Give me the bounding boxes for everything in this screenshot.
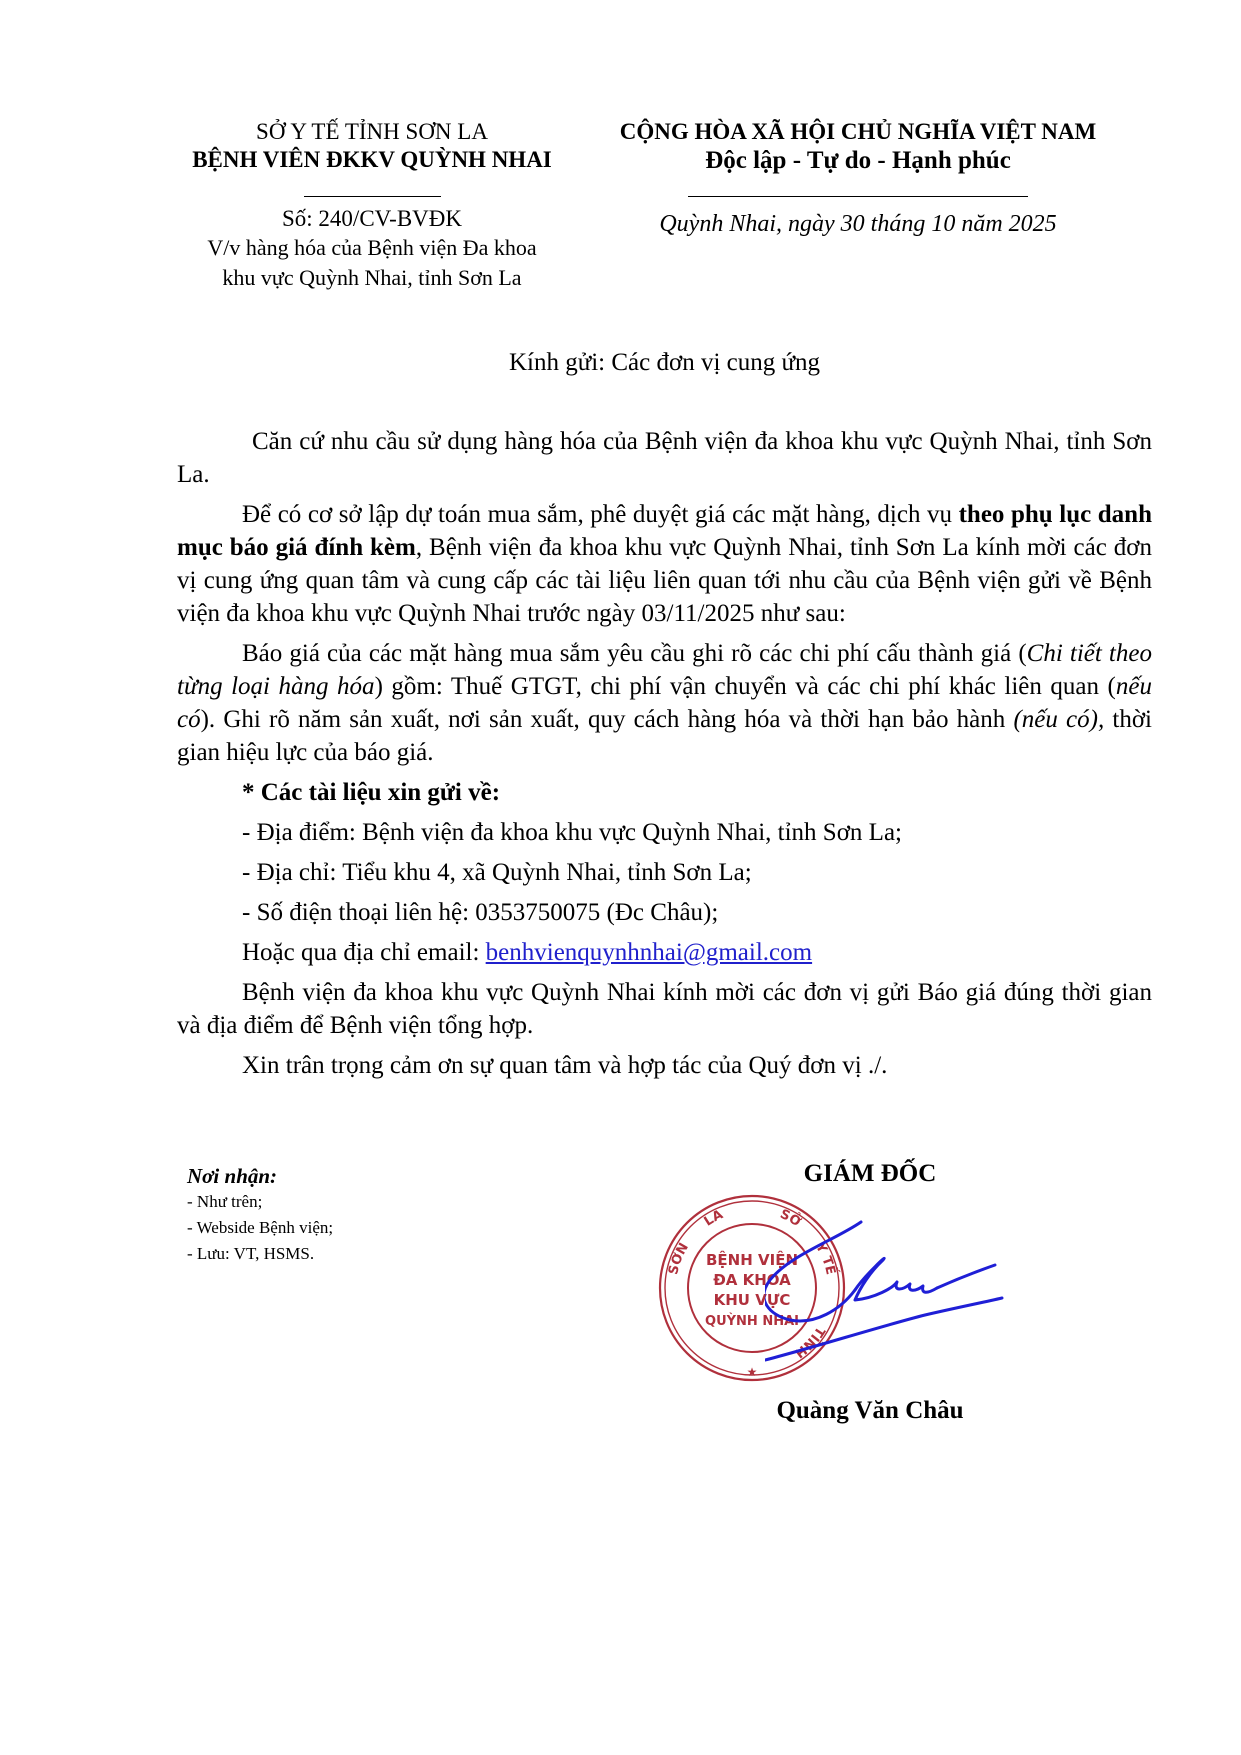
email-link[interactable]: benhvienquynhnhai@gmail.com [486, 939, 812, 966]
salutation: Kính gửi: Các đơn vị cung ứng [177, 348, 1152, 378]
email-label: Hoặc qua địa chỉ email: [242, 939, 486, 966]
header-left-divider [304, 196, 441, 197]
organization-name: BỆNH VIÊN ĐKKV QUỲNH NHAI [172, 146, 572, 174]
recipients-block: Nơi nhận: - Như trên; - Webside Bệnh việ… [187, 1163, 567, 1267]
header-right-divider [688, 196, 1028, 197]
signer-title: GIÁM ĐỐC [720, 1160, 1020, 1188]
place-date: Quỳnh Nhai, ngày 30 tháng 10 năm 2025 [608, 209, 1108, 239]
recipient-item: - Như trên; [187, 1189, 567, 1215]
national-header: CỘNG HÒA XÃ HỘI CHỦ NGHĨA VIỆT NAM Độc l… [608, 118, 1108, 239]
paragraph-invitation: Bệnh viện đa khoa khu vực Quỳnh Nhai kín… [177, 976, 1152, 1042]
letter-body: Căn cứ nhu cầu sử dụng hàng hóa của Bệnh… [177, 425, 1152, 1089]
signature-scribble-icon [765, 1210, 1010, 1370]
email-line: Hoặc qua địa chỉ email: benhvienquynhnha… [177, 936, 1152, 969]
recipients-title: Nơi nhận: [187, 1163, 567, 1189]
recipient-item: - Lưu: VT, HSMS. [187, 1241, 567, 1267]
address-line: - Địa chỉ: Tiểu khu 4, xã Quỳnh Nhai, tỉ… [177, 856, 1152, 889]
paragraph-request: Để có cơ sở lập dự toán mua sắm, phê duy… [177, 498, 1152, 630]
paragraph-thanks: Xin trân trọng cảm ơn sự quan tâm và hợp… [177, 1049, 1152, 1082]
recipient-item: - Webside Bệnh viện; [187, 1215, 567, 1241]
text-span: ) gồm: Thuế GTGT, chi phí vận chuyển và … [375, 673, 1116, 700]
bold-text: * Các tài liệu xin gửi về: [242, 779, 500, 806]
agency-name: SỞ Y TẾ TỈNH SƠN LA [172, 118, 572, 146]
documents-heading: * Các tài liệu xin gửi về: [177, 776, 1152, 809]
paragraph-quote-requirements: Báo giá của các mặt hàng mua sắm yêu cầu… [177, 637, 1152, 769]
document-number: Số: 240/CV-BVĐK [172, 205, 572, 233]
text-span: Để có cơ sở lập dự toán mua sắm, phê duy… [242, 501, 959, 528]
nation-title: CỘNG HÒA XÃ HỘI CHỦ NGHĨA VIỆT NAM [608, 118, 1108, 146]
location-line: - Địa điểm: Bệnh viện đa khoa khu vực Qu… [177, 816, 1152, 849]
paragraph-basis: Căn cứ nhu cầu sử dụng hàng hóa của Bệnh… [177, 425, 1152, 491]
text-span: ). Ghi rõ năm sản xuất, nơi sản xuất, qu… [201, 706, 1014, 733]
handwritten-signature [765, 1210, 1010, 1370]
svg-text:★: ★ [747, 1365, 758, 1379]
svg-text:LA: LA [702, 1207, 726, 1229]
subject-line-1: V/v hàng hóa của Bệnh viện Đa khoa [172, 233, 572, 263]
text-span: Báo giá của các mặt hàng mua sắm yêu cầu… [242, 640, 1027, 667]
italic-text: (nếu có), [1013, 706, 1104, 733]
national-motto: Độc lập - Tự do - Hạnh phúc [608, 146, 1108, 176]
subject-line-2: khu vực Quỳnh Nhai, tỉnh Sơn La [172, 263, 572, 293]
signer-name: Quàng Văn Châu [720, 1397, 1020, 1425]
issuer-header: SỞ Y TẾ TỈNH SƠN LA BỆNH VIÊN ĐKKV QUỲNH… [172, 118, 572, 293]
phone-line: - Số điện thoại liên hệ: 0353750075 (Đc … [177, 896, 1152, 929]
